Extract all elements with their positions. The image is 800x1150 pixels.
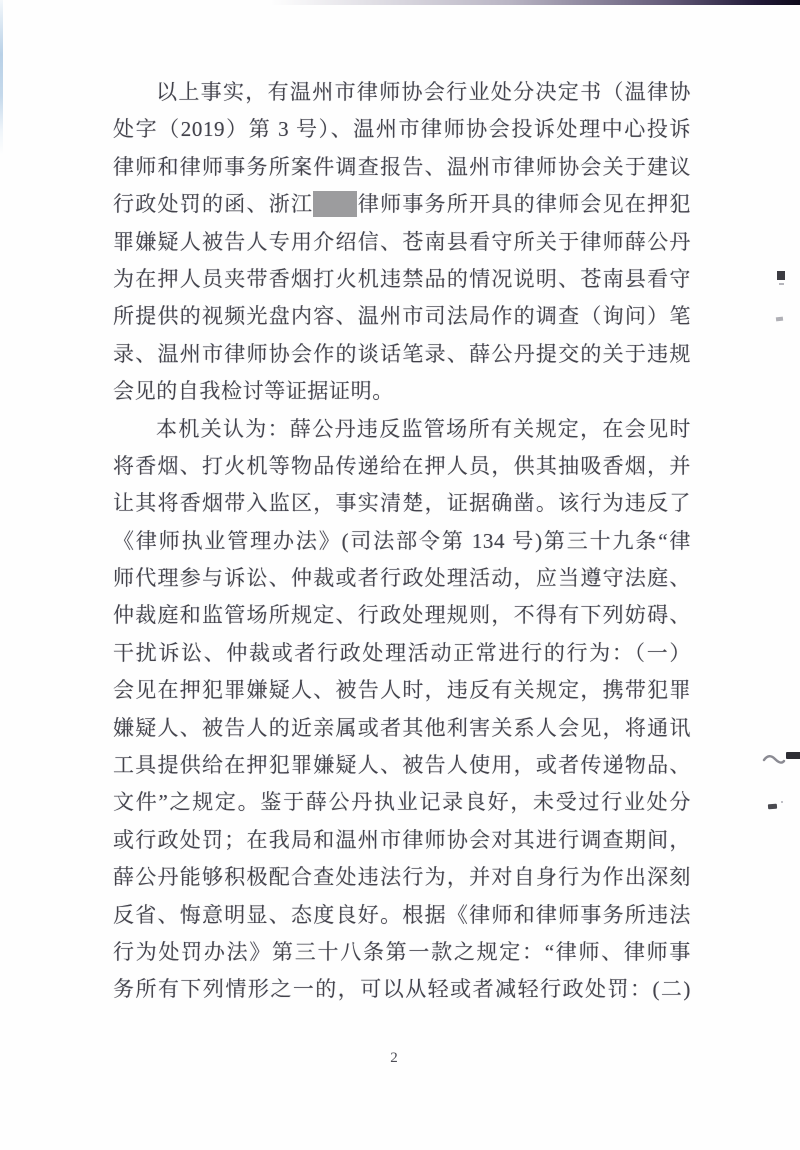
text-segment: 罪嫌疑人被告人专用介绍信、苍南县看守所关于律师薛公丹	[113, 230, 691, 254]
scan-mark-right-edge	[776, 317, 783, 322]
text-segment: 《律师执业管理办法》(司法部令第 134 号)第三十九条“律	[113, 529, 691, 553]
text-line: 薛公丹能够积极配合查处违法行为，并对自身行为作出深刻	[113, 859, 691, 896]
text-line: 罪嫌疑人被告人专用介绍信、苍南县看守所关于律师薛公丹	[113, 224, 691, 261]
text-line: 文件”之规定。鉴于薛公丹执业记录良好，未受过行业处分	[113, 784, 691, 821]
text-segment: 仲裁庭和监管场所规定、行政处理规则，不得有下列妨碍、	[113, 603, 691, 627]
text-block: 以上事实，有温州市律师协会行业处分决定书（温律协处字（2019）第 3 号）、温…	[113, 74, 691, 1009]
text-line: 律师和律师事务所案件调查报告、温州市律师协会关于建议	[113, 149, 691, 186]
text-segment: 薛公丹能够积极配合查处违法行为，并对自身行为作出深刻	[113, 865, 691, 889]
text-line: 让其将香烟带入监区，事实清楚，证据确凿。该行为违反了	[113, 485, 691, 522]
text-segment: 为在押人员夹带香烟打火机违禁品的情况说明、苍南县看守	[113, 267, 691, 291]
text-line: 为在押人员夹带香烟打火机违禁品的情况说明、苍南县看守	[113, 261, 691, 298]
scan-mark-right-edge	[768, 804, 777, 810]
text-segment: 行为处罚办法》第三十八条第一款之规定：“律师、律师事	[113, 940, 691, 964]
scan-strip-left-edge	[0, 0, 3, 155]
text-segment: 反省、悔意明显、态度良好。根据《律师和律师事务所违法	[113, 903, 691, 927]
text-line: 本机关认为：薛公丹违反监管场所有关规定，在会见时	[113, 411, 691, 448]
text-line: 会见的自我检讨等证据证明。	[113, 373, 691, 410]
text-line: 工具提供给在押犯罪嫌疑人、被告人使用，或者传递物品、	[113, 747, 691, 784]
text-segment: 工具提供给在押犯罪嫌疑人、被告人使用，或者传递物品、	[113, 753, 691, 777]
text-line: 处字（2019）第 3 号）、温州市律师协会投诉处理中心投诉	[113, 111, 691, 148]
text-segment: 或行政处罚；在我局和温州市律师协会对其进行调查期间，	[113, 828, 691, 852]
text-line: 《律师执业管理办法》(司法部令第 134 号)第三十九条“律	[113, 523, 691, 560]
redaction-box	[313, 191, 357, 217]
text-segment: 嫌疑人、被告人的近亲属或者其他利害关系人会见，将通讯	[113, 716, 691, 740]
scanned-document-page: 以上事实，有温州市律师协会行业处分决定书（温律协处字（2019）第 3 号）、温…	[0, 0, 800, 1150]
text-line: 务所有下列情形之一的，可以从轻或者减轻行政处罚：(二)	[113, 971, 691, 1008]
text-segment: 会见的自我检讨等证据证明。	[113, 379, 394, 403]
text-line: 会见在押犯罪嫌疑人、被告人时，违反有关规定，携带犯罪	[113, 672, 691, 709]
text-segment: 会见在押犯罪嫌疑人、被告人时，违反有关规定，携带犯罪	[113, 678, 691, 702]
scan-streak-top-edge	[270, 0, 800, 5]
text-line: 所提供的视频光盘内容、温州市司法局作的调查（询问）笔	[113, 298, 691, 335]
text-segment: 处字（2019）第 3 号）、温州市律师协会投诉处理中心投诉	[113, 117, 691, 141]
text-line: 行政处罚的函、浙江律师事务所开具的律师会见在押犯	[113, 186, 691, 223]
text-segment: 师代理参与诉讼、仲裁或者行政处理活动，应当遵守法庭、	[113, 566, 691, 590]
text-line: 干扰诉讼、仲裁或者行政处理活动正常进行的行为：（一）	[113, 635, 691, 672]
text-segment: 录、温州市律师协会作的谈话笔录、薛公丹提交的关于违规	[113, 342, 691, 366]
text-line: 行为处罚办法》第三十八条第一款之规定：“律师、律师事	[113, 934, 691, 971]
text-line: 嫌疑人、被告人的近亲属或者其他利害关系人会见，将通讯	[113, 710, 691, 747]
text-line: 录、温州市律师协会作的谈话笔录、薛公丹提交的关于违规	[113, 336, 691, 373]
text-line: 将香烟、打火机等物品传递给在押人员，供其抽吸香烟，并	[113, 448, 691, 485]
text-line: 或行政处罚；在我局和温州市律师协会对其进行调查期间，	[113, 822, 691, 859]
text-segment: 律师事务所开具的律师会见在押犯	[357, 192, 691, 216]
text-segment: 本机关认为：薛公丹违反监管场所有关规定，在会见时	[156, 417, 691, 441]
scan-mark-right-edge	[777, 271, 785, 280]
text-segment: 所提供的视频光盘内容、温州市司法局作的调查（询问）笔	[113, 304, 691, 328]
text-line: 以上事实，有温州市律师协会行业处分决定书（温律协	[113, 74, 691, 111]
text-segment: 让其将香烟带入监区，事实清楚，证据确凿。该行为违反了	[113, 491, 691, 515]
scan-mark-right-edge	[779, 283, 784, 285]
text-segment: 务所有下列情形之一的，可以从轻或者减轻行政处罚：(二)	[113, 977, 691, 1001]
scan-smudge-right-edge	[762, 748, 800, 766]
page-number: 2	[0, 1050, 788, 1067]
text-segment: 以上事实，有温州市律师协会行业处分决定书（温律协	[156, 80, 691, 104]
text-segment: 律师和律师事务所案件调查报告、温州市律师协会关于建议	[113, 155, 691, 179]
text-line: 师代理参与诉讼、仲裁或者行政处理活动，应当遵守法庭、	[113, 560, 691, 597]
scan-mark-right-edge	[781, 801, 783, 803]
text-segment: 行政处罚的函、浙江	[113, 192, 313, 216]
text-line: 仲裁庭和监管场所规定、行政处理规则，不得有下列妨碍、	[113, 597, 691, 634]
text-line: 反省、悔意明显、态度良好。根据《律师和律师事务所违法	[113, 897, 691, 934]
text-segment: 干扰诉讼、仲裁或者行政处理活动正常进行的行为：（一）	[113, 641, 691, 665]
text-segment: 文件”之规定。鉴于薛公丹执业记录良好，未受过行业处分	[113, 790, 691, 814]
text-segment: 将香烟、打火机等物品传递给在押人员，供其抽吸香烟，并	[113, 454, 691, 478]
